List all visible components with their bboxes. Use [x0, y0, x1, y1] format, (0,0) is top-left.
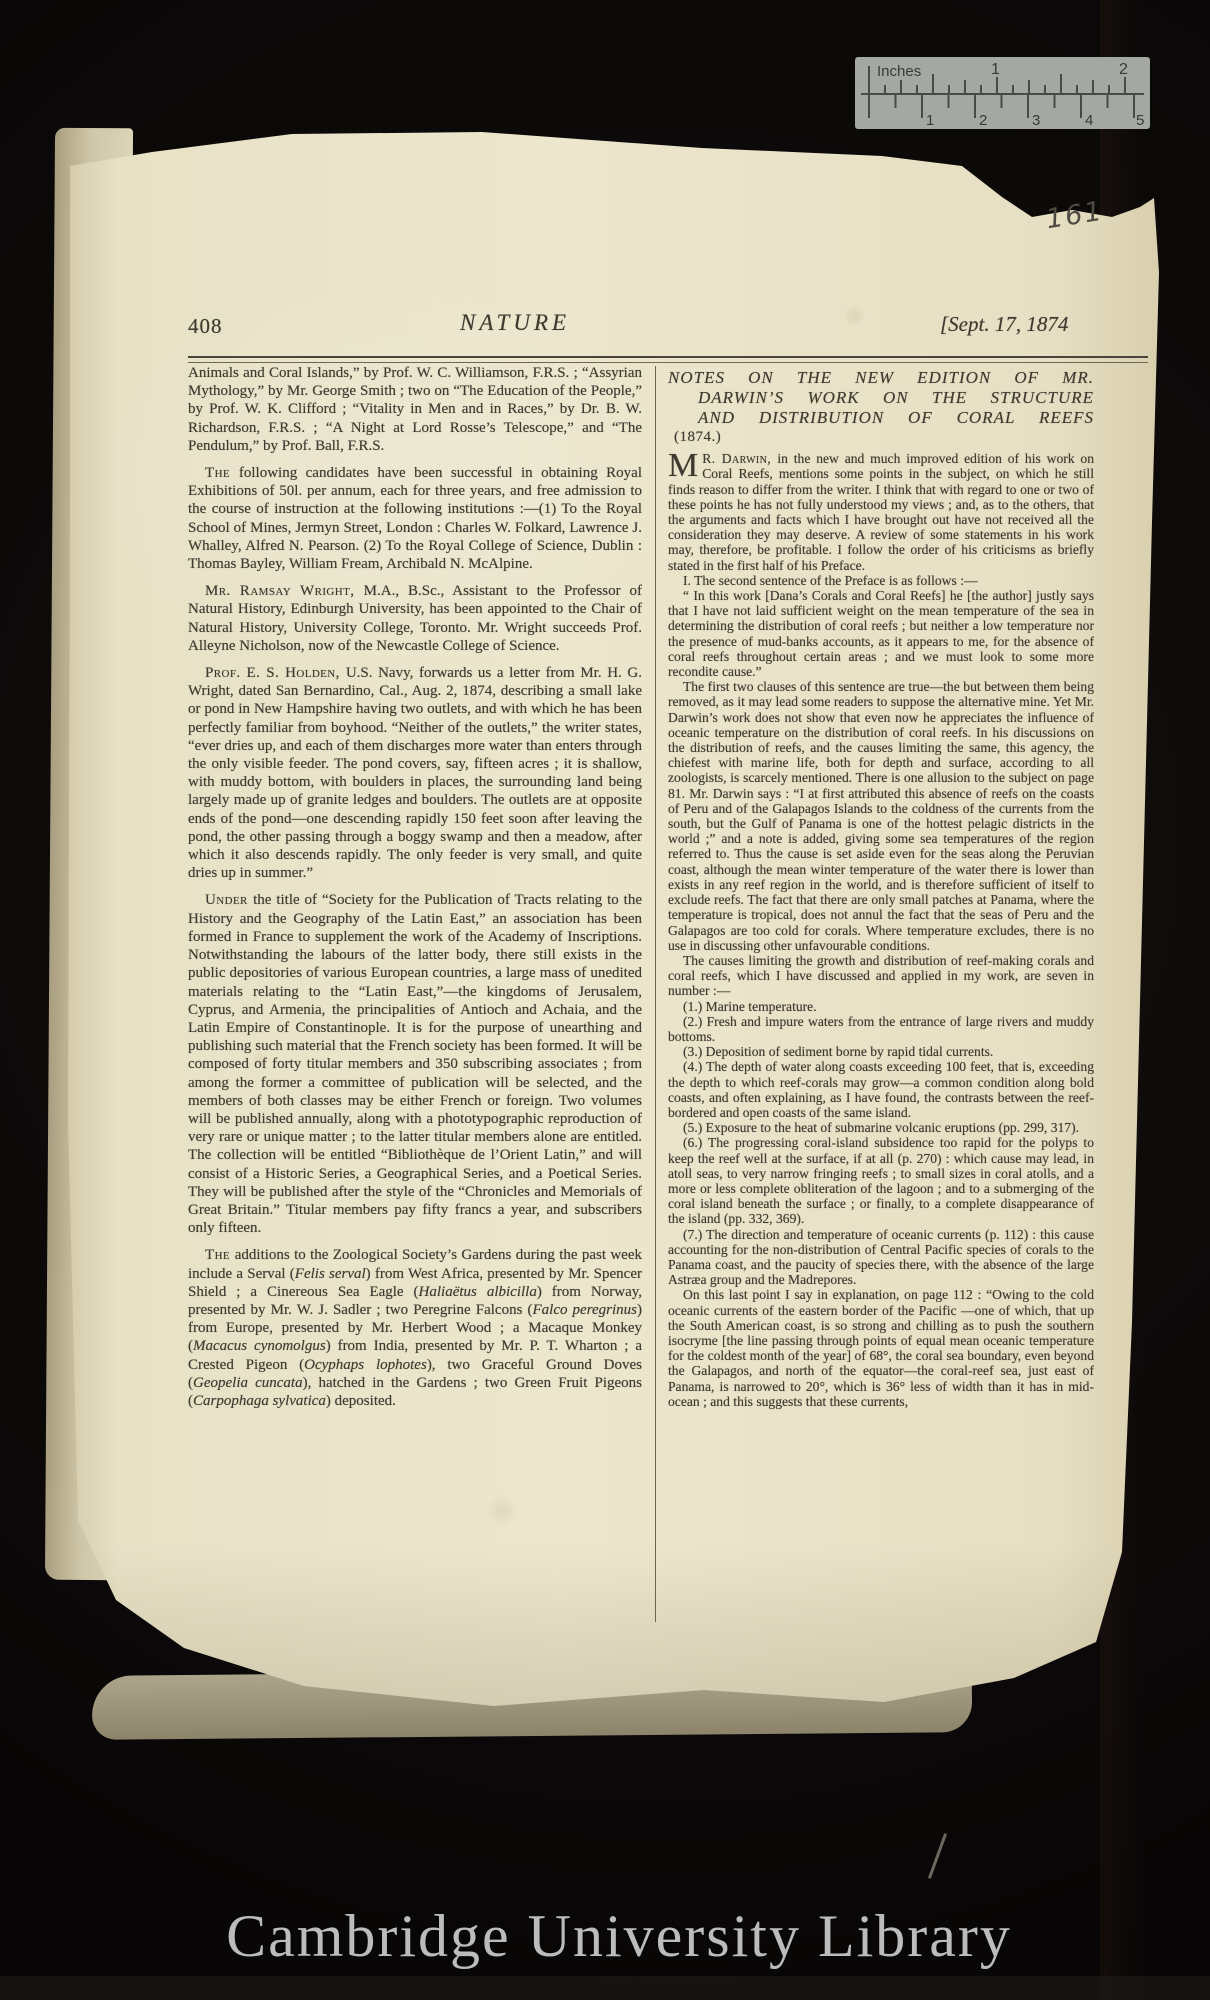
article-year: (1874.) — [674, 430, 1094, 445]
paragraph: Mr. Ramsay Wright, M.A., B.Sc., Assistan… — [188, 582, 642, 655]
drop-cap: M — [668, 451, 702, 479]
header-rule — [188, 356, 1148, 363]
pen-mark — [928, 1833, 947, 1879]
paragraph: The first two clauses of this sentence a… — [668, 679, 1094, 953]
paragraph: Prof. E. S. Holden, U.S. Navy, forwards … — [188, 664, 642, 882]
journal-page: 408 NATURE [Sept. 17, 1874 Animals and C… — [62, 122, 1162, 1737]
library-watermark: Cambridge University Library — [0, 1904, 1210, 1968]
issue-date: [Sept. 17, 1874 — [940, 312, 1068, 337]
paragraph: (5.) Exposure to the heat of submarine v… — [668, 1120, 1094, 1135]
article-title: NOTES ON THE NEW EDITION OF MR. DARWIN’S… — [668, 368, 1094, 428]
ruler-cm-5: 5 — [1136, 112, 1144, 129]
paragraph: (1.) Marine temperature. — [668, 999, 1094, 1014]
right-column: NOTES ON THE NEW EDITION OF MR. DARWIN’S… — [668, 368, 1094, 1409]
journal-title: NATURE — [460, 310, 570, 336]
scanned-page-photograph: Inches 1 2 1 2 3 4 5 408 NATURE [Sept. 1… — [0, 0, 1210, 2000]
paragraph: On this last point I say in explanation,… — [668, 1287, 1094, 1409]
ruler-cm-1: 1 — [926, 112, 934, 129]
paragraph: (7.) The direction and temperature of oc… — [668, 1227, 1094, 1288]
paragraph: (4.) The depth of water along coasts exc… — [668, 1059, 1094, 1120]
paragraph: MR. Darwin, in the new and much improved… — [668, 451, 1094, 573]
paragraph: The additions to the Zoological Society’… — [188, 1246, 642, 1410]
left-column: Animals and Coral Islands,” by Prof. W. … — [188, 364, 642, 1419]
ruler-cm-4: 4 — [1085, 112, 1093, 129]
ruler-inch-1: 1 — [991, 61, 1000, 78]
paragraph: Animals and Coral Islands,” by Prof. W. … — [188, 364, 642, 455]
paragraph: The causes limiting the growth and distr… — [668, 953, 1094, 999]
ruler-cm-3: 3 — [1032, 112, 1040, 129]
scan-bottom-edge — [0, 1976, 1210, 2000]
paragraph: (2.) Fresh and impure waters from the en… — [668, 1014, 1094, 1044]
paragraph: “ In this work [Dana’s Corals and Coral … — [668, 588, 1094, 679]
ruler-cm-2: 2 — [979, 112, 987, 129]
ruler-inches-label: Inches — [877, 63, 921, 80]
paragraph: I. The second sentence of the Preface is… — [668, 573, 1094, 588]
measurement-ruler: Inches 1 2 1 2 3 4 5 — [855, 57, 1150, 129]
paragraph: Under the title of “Society for the Publ… — [188, 891, 642, 1237]
ruler-inch-2: 2 — [1119, 61, 1128, 78]
paragraph: The following candidates have been succe… — [188, 464, 642, 573]
paragraph: (6.) The progressing coral-island subsid… — [668, 1135, 1094, 1226]
page-number: 408 — [188, 314, 223, 339]
column-divider — [655, 366, 656, 1622]
paragraph: (3.) Deposition of sediment borne by rap… — [668, 1044, 1094, 1059]
